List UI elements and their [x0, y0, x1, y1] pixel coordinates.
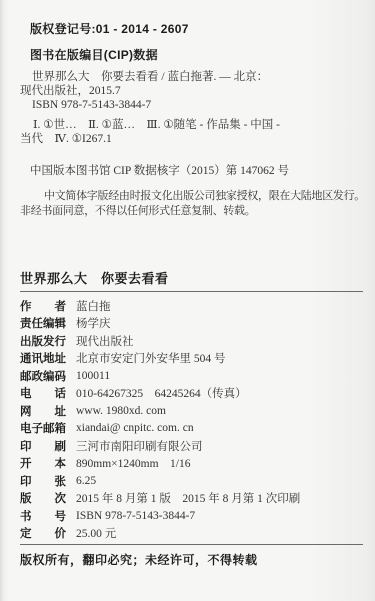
book-title: 世界那么大 你要去看看	[20, 268, 169, 287]
colophon-value: 010-64267325 64245264（传真）	[76, 385, 247, 401]
classification-line2: 当代 Ⅳ. ①I267.1	[20, 132, 360, 146]
colophon-label: 开 本	[20, 455, 72, 471]
cip-classification: Ⅰ. ①世… Ⅱ. ①蓝… Ⅲ. ①随笔 - 作品集 - 中国 - 当代 Ⅳ. …	[20, 118, 360, 146]
colophon-label: 网 址	[20, 403, 72, 419]
colophon-value: 现代出版社	[76, 333, 134, 349]
colophon-row-price: 定 价 25.00 元	[20, 525, 365, 543]
colophon-label: 印 刷	[20, 438, 72, 454]
colophon-label: 定 价	[20, 525, 72, 541]
divider-rule-top	[20, 291, 363, 292]
cip-description: 世界那么大 你要去看看 / 蓝白拖著. — 北京： 现代出版社，2015.7 I…	[20, 70, 360, 112]
colophon-row-address: 通讯地址 北京市安定门外安华里 504 号	[20, 350, 365, 368]
colophon-row-publisher: 出版发行 现代出版社	[20, 332, 365, 350]
colophon-row-website: 网 址 www. 1980xd. com	[20, 402, 365, 420]
cip-description-line1: 世界那么大 你要去看看 / 蓝白拖著. — 北京：	[20, 70, 360, 84]
colophon-value: 6.25	[76, 475, 96, 487]
colophon-value: 杨学庆	[76, 315, 111, 331]
license-note: 中文简体字版经由时报文化出版公司独家授权，限在大陆地区发行。 非经书面同意，不得…	[20, 189, 368, 219]
colophon-label: 作 者	[20, 298, 72, 314]
colophon-row-postcode: 邮政编码 100011	[20, 367, 365, 385]
cip-header: 图书在版编目(CIP)数据	[30, 46, 158, 63]
colophon-label: 电 话	[20, 385, 72, 401]
colophon-label: 印 张	[20, 473, 72, 489]
colophon-row-printer: 印 刷 三河市南阳印刷有限公司	[20, 437, 365, 455]
colophon-label: 书 号	[20, 508, 72, 524]
cip-isbn-line: ISBN 978-7-5143-3844-7	[20, 98, 360, 112]
colophon-value: www. 1980xd. com	[76, 405, 166, 417]
colophon-value: ISBN 978-7-5143-3844-7	[76, 510, 195, 522]
colophon-value: 北京市安定门外安华里 504 号	[76, 350, 226, 366]
colophon-value: 三河市南阳印刷有限公司	[76, 438, 203, 454]
cip-description-line2: 现代出版社，2015.7	[20, 84, 360, 98]
colophon-value: 25.00 元	[76, 525, 116, 541]
colophon-table: 作 者 蓝白拖 责任编辑 杨学庆 出版发行 现代出版社 通讯地址 北京市安定门外…	[20, 297, 365, 542]
cip-record-number: 中国版本图书馆 CIP 数据核字（2015）第 147062 号	[30, 162, 289, 178]
colophon-label: 责任编辑	[20, 315, 72, 331]
colophon-value: 蓝白拖	[76, 298, 111, 314]
colophon-row-format: 开 本 890mm×1240mm 1/16	[20, 455, 365, 473]
classification-line1: Ⅰ. ①世… Ⅱ. ①蓝… Ⅲ. ①随笔 - 作品集 - 中国 -	[20, 118, 360, 132]
license-note-line2: 非经书面同意，不得以任何形式任意复制、转载。	[20, 204, 368, 219]
license-note-line1: 中文简体字版经由时报文化出版公司独家授权，限在大陆地区发行。	[20, 189, 368, 204]
registration-number: 版权登记号:01 - 2014 - 2607	[30, 20, 189, 37]
colophon-value: xiandai@ cnpitc. com. cn	[76, 422, 194, 434]
colophon-label: 电子邮箱	[20, 420, 72, 436]
colophon-label: 邮政编码	[20, 368, 72, 384]
colophon-row-isbn: 书 号 ISBN 978-7-5143-3844-7	[20, 507, 365, 525]
colophon-value: 2015 年 8 月第 1 版 2015 年 8 月第 1 次印刷	[76, 490, 300, 506]
colophon-row-sheets: 印 张 6.25	[20, 472, 365, 490]
colophon-label: 通讯地址	[20, 350, 72, 366]
colophon-row-editor: 责任编辑 杨学庆	[20, 315, 365, 333]
colophon-value: 100011	[76, 370, 110, 382]
colophon-row-author: 作 者 蓝白拖	[20, 297, 365, 315]
colophon-value: 890mm×1240mm 1/16	[76, 455, 190, 471]
copyright-page: 版权登记号:01 - 2014 - 2607 图书在版编目(CIP)数据 世界那…	[0, 0, 375, 601]
copyright-notice: 版权所有，翻印必究；未经许可，不得转载	[20, 551, 258, 568]
colophon-row-edition: 版 次 2015 年 8 月第 1 版 2015 年 8 月第 1 次印刷	[20, 490, 365, 508]
colophon-row-email: 电子邮箱 xiandai@ cnpitc. com. cn	[20, 420, 365, 438]
colophon-row-phone: 电 话 010-64267325 64245264（传真）	[20, 385, 365, 403]
colophon-label: 出版发行	[20, 333, 72, 349]
divider-rule-bottom	[20, 544, 363, 545]
colophon-label: 版 次	[20, 490, 72, 506]
